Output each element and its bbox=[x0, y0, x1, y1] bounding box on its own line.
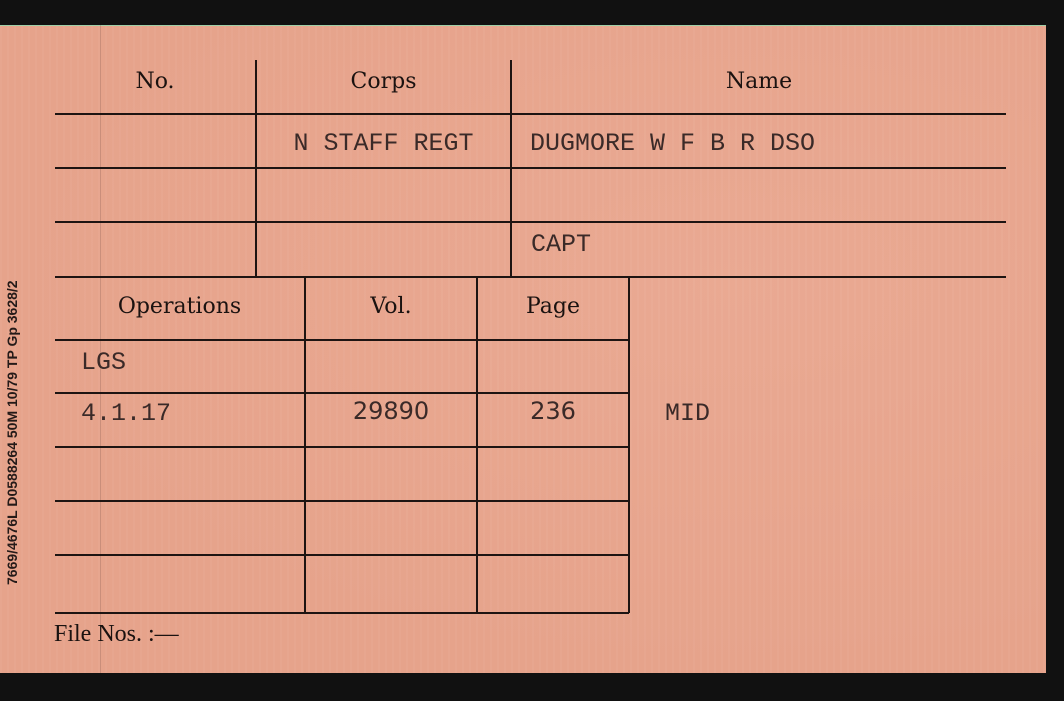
header-no: No. bbox=[55, 69, 255, 94]
page-value: 236 bbox=[478, 397, 628, 425]
medal-index-card: 7669/4676L D0588264 50M 10/79 TP Gp 3628… bbox=[0, 25, 1046, 673]
divider bbox=[55, 167, 1006, 169]
header-operations: Operations bbox=[55, 294, 304, 319]
corps-value: N STAFF REGT bbox=[257, 129, 510, 158]
divider bbox=[55, 612, 629, 614]
divider bbox=[55, 500, 629, 502]
header-vol: Vol. bbox=[306, 294, 476, 319]
divider bbox=[55, 554, 629, 556]
print-code: 7669/4676L D0588264 50M 10/79 TP Gp 3628… bbox=[4, 185, 20, 585]
operation-date: 4.1.17 bbox=[81, 399, 171, 428]
rank-value: CAPT bbox=[531, 230, 591, 259]
operation-value: LGS bbox=[81, 348, 126, 377]
divider bbox=[476, 276, 478, 613]
vol-value: 29890 bbox=[306, 397, 476, 425]
divider bbox=[55, 113, 1006, 115]
divider bbox=[55, 446, 629, 448]
divider bbox=[304, 276, 306, 613]
header-page: Page bbox=[478, 294, 628, 319]
award-note: MID bbox=[665, 399, 710, 428]
divider bbox=[55, 339, 629, 341]
divider bbox=[55, 221, 1006, 223]
header-name: Name bbox=[512, 69, 1006, 94]
divider bbox=[55, 392, 629, 394]
divider bbox=[55, 276, 1006, 278]
divider bbox=[628, 276, 630, 613]
file-nos-label: File Nos. :— bbox=[54, 621, 179, 648]
name-value: DUGMORE W F B R DSO bbox=[530, 129, 815, 158]
header-corps: Corps bbox=[257, 69, 510, 94]
